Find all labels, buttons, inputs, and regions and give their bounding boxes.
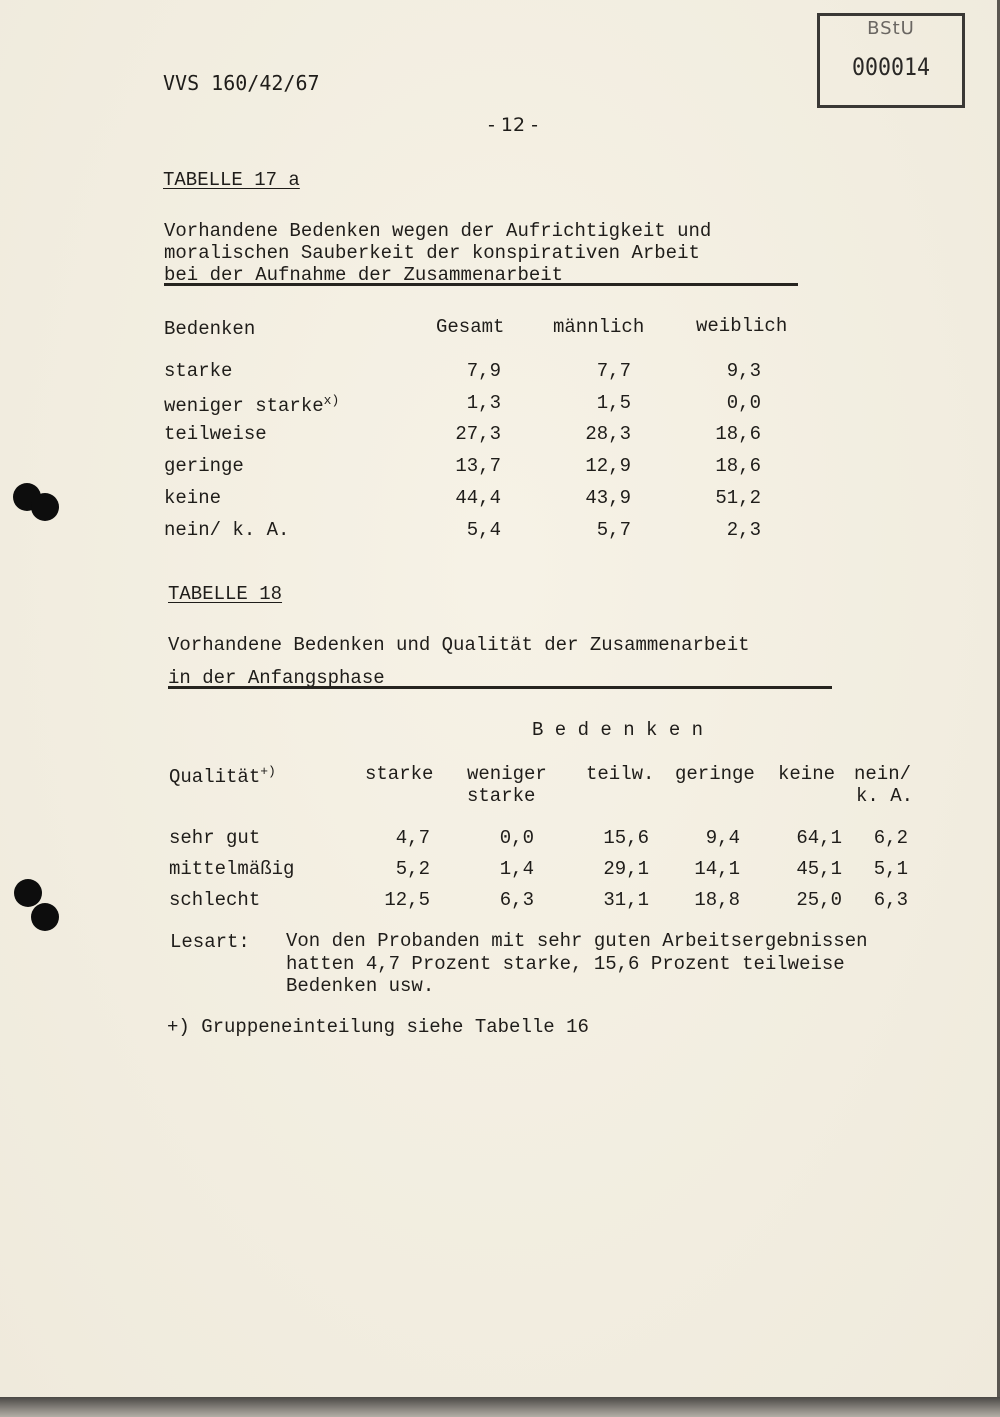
table18-cell: 4,7 <box>350 829 430 848</box>
table18-col-header: starke <box>365 765 433 784</box>
table17a-cell: 0,0 <box>681 394 761 413</box>
table18-cell: 6,2 <box>828 829 908 848</box>
table18-cell: 5,1 <box>828 860 908 879</box>
table18-title-line: Vorhandene Bedenken und Qualität der Zus… <box>168 636 750 655</box>
table18-col-header: starke <box>467 787 535 806</box>
table18-col-header: geringe <box>675 765 755 784</box>
table18-cell: 1,4 <box>454 860 534 879</box>
table17a-cell: 18,6 <box>681 425 761 444</box>
table18-cell: 15,6 <box>569 829 649 848</box>
stamp-number: 000014 <box>827 53 955 81</box>
table18-cell: 6,3 <box>454 891 534 910</box>
table17a-header-bedenken: Bedenken <box>164 320 255 339</box>
row-footnote: x) <box>324 393 340 408</box>
table18-row-label: schlecht <box>169 891 260 910</box>
row-header-footnote: +) <box>260 764 276 779</box>
table17a-header-maennlich: männlich <box>553 318 644 337</box>
table17a-cell: 13,7 <box>421 457 501 476</box>
table17a-cell: 44,4 <box>421 489 501 508</box>
table17a-cell: 5,4 <box>421 521 501 540</box>
title-underline <box>164 283 798 286</box>
table18-row-header: Qualität+) <box>169 765 276 787</box>
archive-stamp: BStU 000014 <box>817 13 965 108</box>
punch-hole <box>31 493 59 521</box>
table18-cell: 14,1 <box>660 860 740 879</box>
table17a-label: TABELLE 17 a <box>163 171 300 190</box>
table18-col-header: nein/ <box>854 765 911 784</box>
table17a-cell: 18,6 <box>681 457 761 476</box>
page-number: - 12 - <box>488 116 538 135</box>
table17a-cell: 43,9 <box>551 489 631 508</box>
table18-col-header: teilw. <box>586 765 654 784</box>
table17a-cell: 1,3 <box>421 394 501 413</box>
table17a-header-gesamt: Gesamt <box>436 318 504 337</box>
footnote: +) Gruppeneinteilung siehe Tabelle 16 <box>167 1018 589 1037</box>
table17a-row-label: weniger starkex) <box>164 394 339 416</box>
table17a-cell: 2,3 <box>681 521 761 540</box>
table18-cell: 29,1 <box>569 860 649 879</box>
table18-cell: 18,8 <box>660 891 740 910</box>
table18-group-header: B e d e n k e n <box>532 721 703 740</box>
table17a-row-label: keine <box>164 489 221 508</box>
reading-label: Lesart: <box>170 933 250 952</box>
table17a-cell: 28,3 <box>551 425 631 444</box>
row-header-text: Qualität <box>169 766 260 788</box>
stamp-org: BStU <box>820 18 962 39</box>
table18-cell: 9,4 <box>660 829 740 848</box>
table17a-cell: 7,9 <box>421 362 501 381</box>
punch-hole <box>31 903 59 931</box>
table17a-cell: 27,3 <box>421 425 501 444</box>
table17a-cell: 12,9 <box>551 457 631 476</box>
table17a-cell: 5,7 <box>551 521 631 540</box>
table17a-cell: 7,7 <box>551 362 631 381</box>
table18-label: TABELLE 18 <box>168 585 282 604</box>
table17a-row-label: geringe <box>164 457 244 476</box>
table18-cell: 31,1 <box>569 891 649 910</box>
table18-cell: 12,5 <box>350 891 430 910</box>
table18-cell: 5,2 <box>350 860 430 879</box>
table18-col-header: keine <box>778 765 835 784</box>
table18-col-header: k. A. <box>856 787 913 806</box>
table17a-row-label: starke <box>164 362 232 381</box>
table18-cell: 0,0 <box>454 829 534 848</box>
reading-line: Bedenken usw. <box>286 977 434 996</box>
table18-row-label: sehr gut <box>169 829 260 848</box>
table17a-cell: 9,3 <box>681 362 761 381</box>
table17a-cell: 51,2 <box>681 489 761 508</box>
punch-hole <box>14 879 42 907</box>
table17a-title-line: moralischen Sauberkeit der konspirativen… <box>164 244 700 263</box>
reading-line: Von den Probanden mit sehr guten Arbeits… <box>286 932 868 951</box>
table17a-header-weiblich: weiblich <box>696 317 787 336</box>
table18-cell: 6,3 <box>828 891 908 910</box>
document-reference: VVS 160/42/67 <box>163 73 320 93</box>
table17a-title-line: Vorhandene Bedenken wegen der Aufrichtig… <box>164 222 711 241</box>
table17a-cell: 1,5 <box>551 394 631 413</box>
table17a-row-label: nein/ k. A. <box>164 521 289 540</box>
table18-col-header: weniger <box>467 765 547 784</box>
document-page: BStU 000014 VVS 160/42/67 - 12 - TABELLE… <box>0 0 1000 1417</box>
page-bottom-shadow <box>0 1397 1000 1417</box>
reading-line: hatten 4,7 Prozent starke, 15,6 Prozent … <box>286 955 845 974</box>
table17a-row-label: teilweise <box>164 425 267 444</box>
title-underline <box>168 686 832 689</box>
table18-row-label: mittelmäßig <box>169 860 294 879</box>
